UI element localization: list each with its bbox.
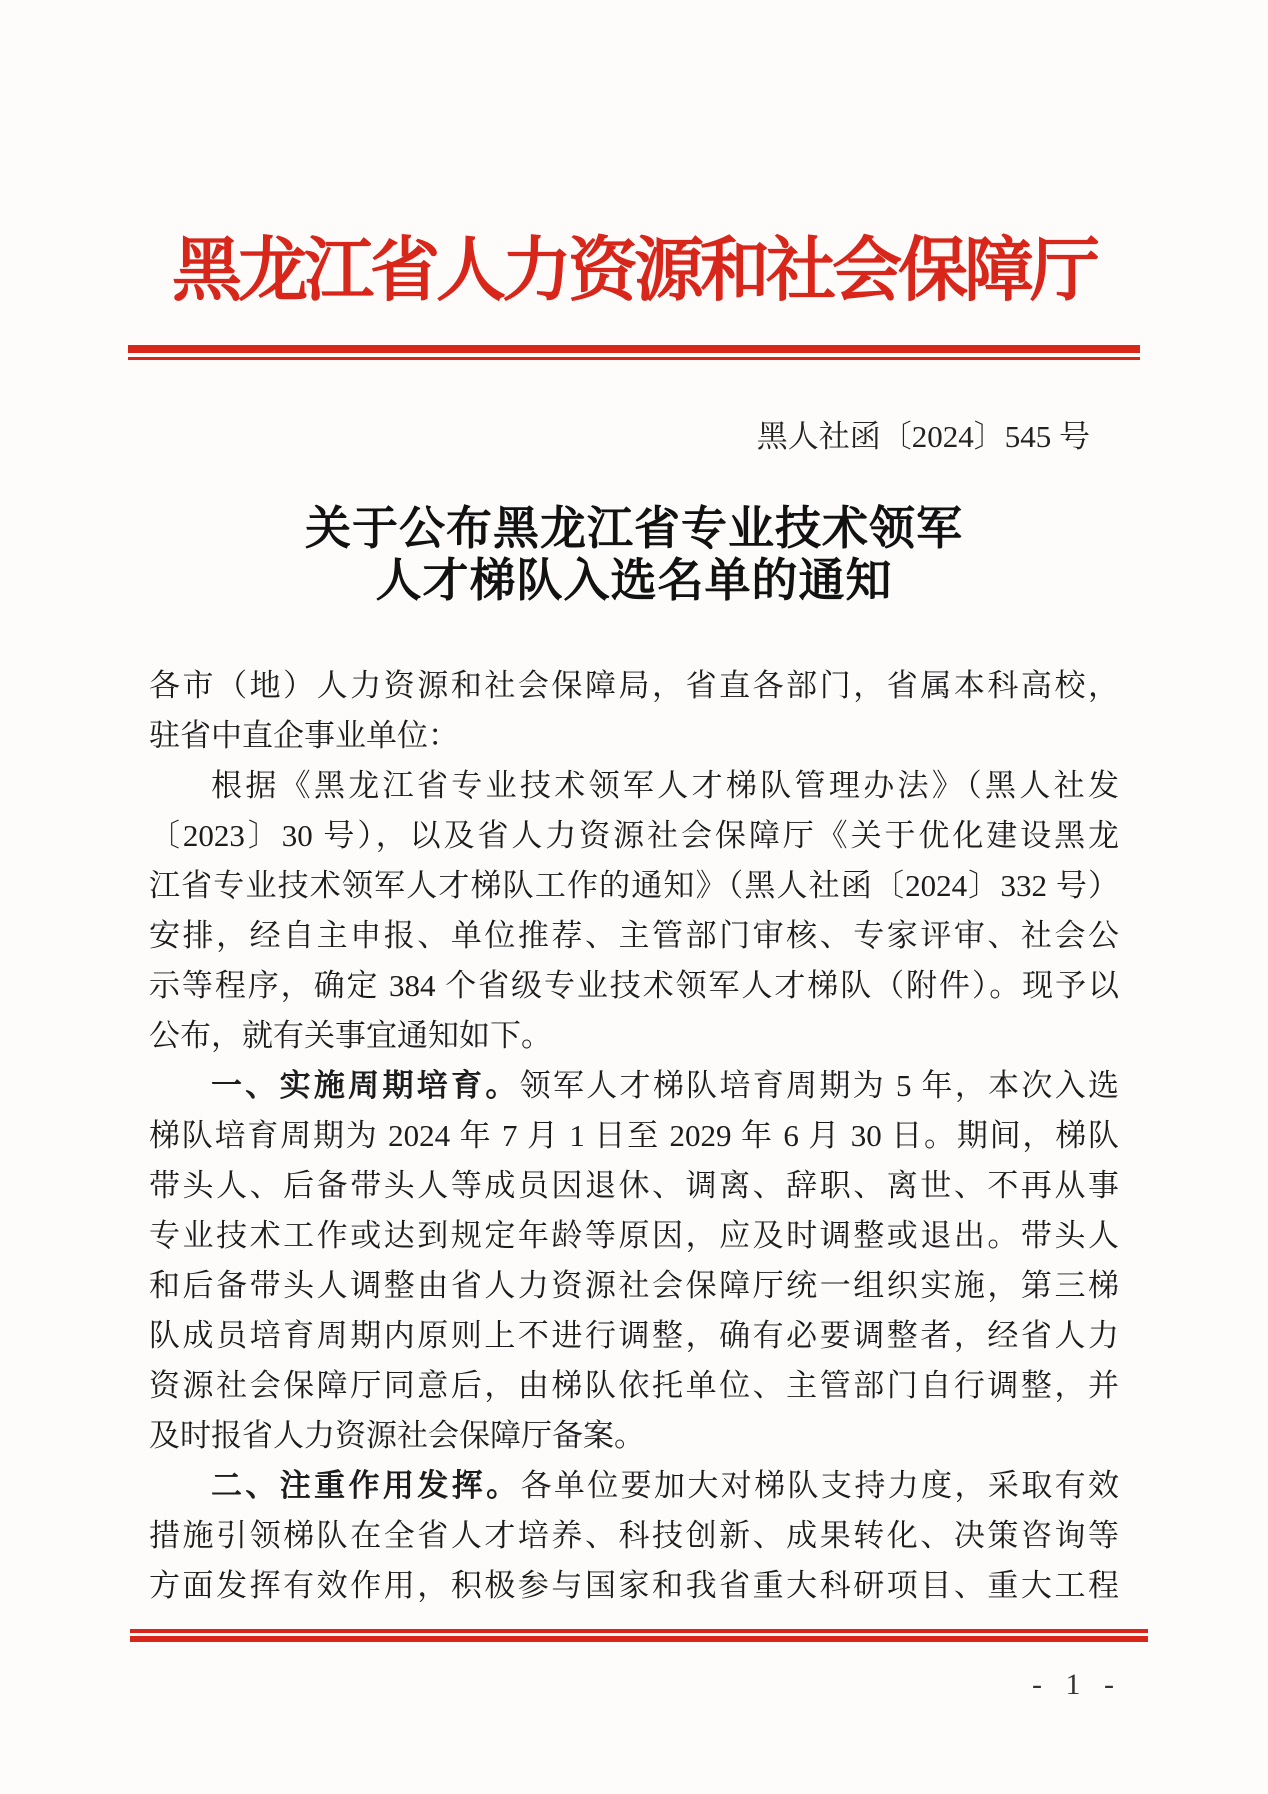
body-line: 根据《黑龙江省专业技术领军人才梯队管理办法》（黑人社发 [149, 761, 1119, 811]
body-line: 驻省中直企事业单位： [149, 711, 1119, 761]
header-rules [128, 345, 1140, 360]
document-title: 关于公布黑龙江省专业技术领军 人才梯队入选名单的通知 [0, 503, 1268, 607]
body-line: 二、注重作用发挥。各单位要加大对梯队支持力度，采取有效 [149, 1461, 1119, 1511]
doc-number: 黑人社函〔2024〕545 号 [0, 418, 1268, 455]
body-line: 梯队培育周期为 2024 年 7 月 1 日至 2029 年 6 月 30 日。… [149, 1111, 1119, 1161]
footer-rule-thick [130, 1636, 1148, 1642]
body-line: 一、实施周期培育。领军人才梯队培育周期为 5 年，本次入选 [149, 1061, 1119, 1111]
body-line: 江省专业技术领军人才梯队工作的通知》（黑人社函〔2024〕332 号） [149, 861, 1119, 911]
body-line: 队成员培育周期内原则上不进行调整，确有必要调整者，经省人力 [149, 1311, 1119, 1361]
body-line-text: 各单位要加大对梯队支持力度，采取有效 [520, 1468, 1119, 1503]
body-line: 措施引领梯队在全省人才培养、科技创新、成果转化、决策咨询等 [149, 1511, 1119, 1561]
body-line: 示等程序，确定 384 个省级专业技术领军人才梯队（附件）。现予以 [149, 961, 1119, 1011]
body-line: 资源社会保障厅同意后，由梯队依托单位、主管部门自行调整，并 [149, 1361, 1119, 1411]
letterhead-org-name: 黑龙江省人力资源和社会保障厅 [0, 0, 1268, 307]
body-line-text: 领军人才梯队培育周期为 5 年，本次入选 [520, 1068, 1119, 1103]
body-line: 方面发挥有效作用，积极参与国家和我省重大科研项目、重大工程 [149, 1561, 1119, 1611]
body-line: 安排，经自主申报、单位推荐、主管部门审核、专家评审、社会公 [149, 911, 1119, 961]
footer-rules [130, 1629, 1148, 1642]
body-line: 和后备带头人调整由省人力资源社会保障厅统一组织实施，第三梯 [149, 1261, 1119, 1311]
header-rule-thick [128, 345, 1140, 353]
body-line: 及时报省人力资源社会保障厅备案。 [149, 1411, 1119, 1461]
body-line: 各市（地）人力资源和社会保障局，省直各部门，省属本科高校， [149, 661, 1119, 711]
document-title-line2: 人才梯队入选名单的通知 [0, 555, 1268, 607]
body-line: 〔2023〕30 号），以及省人力资源社会保障厅《关于优化建设黑龙 [149, 811, 1119, 861]
body-line: 公布，就有关事宜通知如下。 [149, 1011, 1119, 1061]
document-page: 黑龙江省人力资源和社会保障厅 黑人社函〔2024〕545 号 关于公布黑龙江省专… [0, 0, 1268, 1794]
document-title-line1: 关于公布黑龙江省专业技术领军 [0, 503, 1268, 555]
body-text: 各市（地）人力资源和社会保障局，省直各部门，省属本科高校， 驻省中直企事业单位：… [149, 661, 1119, 1611]
section-heading-1: 一、实施周期培育。 [211, 1068, 520, 1103]
section-heading-2: 二、注重作用发挥。 [211, 1468, 520, 1503]
body-line: 专业技术工作或达到规定年龄等原因，应及时调整或退出。带头人 [149, 1211, 1119, 1261]
page-number: - 1 - [0, 1668, 1268, 1702]
footer-rule-thin [130, 1629, 1148, 1633]
body-line: 带头人、后备带头人等成员因退休、调离、辞职、离世、不再从事 [149, 1161, 1119, 1211]
header-rule-thin [128, 357, 1140, 360]
